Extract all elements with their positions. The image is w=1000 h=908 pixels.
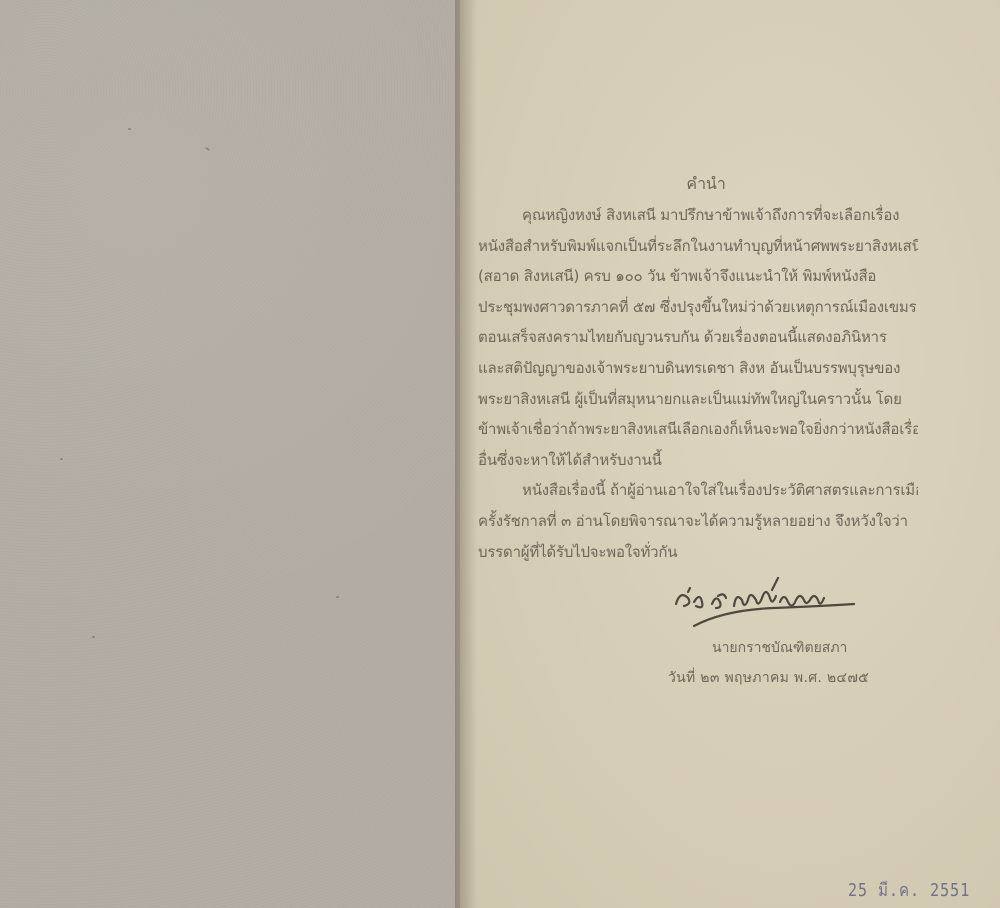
text-line: พระยาสิงหเสนี ผู้เป็นที่สมุหนายกและเป็นแ…: [478, 384, 918, 415]
text-line: ประชุมพงศาวดารภาคที่ ๕๗ ซึ่งปรุงขึ้นใหม่…: [478, 292, 918, 323]
signatory-position: นายกราชบัณฑิตยสภา: [712, 637, 847, 659]
book-gutter: [455, 0, 477, 908]
text-line: หนังสือสำหรับพิมพ์แจกเป็นที่ระลึกในงานทำ…: [478, 231, 918, 262]
date-stamp: 25 มี.ค. 2551: [848, 876, 970, 905]
page-title: คำนำ: [478, 168, 918, 200]
handwritten-signature: [668, 572, 868, 632]
text-line: คุณหญิงหงษ์ สิงหเสนี มาปรึกษาข้าพเจ้าถึง…: [478, 200, 918, 231]
text-line: (สอาด สิงหเสนี) ครบ ๑๐๐ วัน ข้าพเจ้าจึงแ…: [478, 261, 918, 292]
paper-speck: [336, 596, 339, 598]
preface-date: วันที่ ๒๓ พฤษภาคม พ.ศ. ๒๔๗๕: [668, 667, 869, 689]
text-line: หนังสือเรื่องนี้ ถ้าผู้อ่านเอาใจใส่ในเรื…: [478, 475, 918, 506]
text-line: อื่นซึ่งจะหาให้ได้สำหรับงานนี้: [478, 445, 918, 476]
preface-text: คำนำ คุณหญิงหงษ์ สิงหเสนี มาปรึกษาข้าพเจ…: [478, 168, 918, 567]
paragraph-2: หนังสือเรื่องนี้ ถ้าผู้อ่านเอาใจใส่ในเรื…: [478, 475, 918, 567]
paragraph-1: คุณหญิงหงษ์ สิงหเสนี มาปรึกษาข้าพเจ้าถึง…: [478, 200, 918, 475]
text-line: และสติปัญญาของเจ้าพระยาบดินทรเดชา สิงห อ…: [478, 353, 918, 384]
paper-speck: [128, 128, 131, 130]
text-line: ตอนเสร็จสงครามไทยกับญวนรบกัน ด้วยเรื่องต…: [478, 322, 918, 353]
paper-speck: [205, 147, 210, 151]
paper-speck: [92, 636, 95, 638]
text-line: บรรดาผู้ที่ได้รับไปจะพอใจทั่วกัน: [478, 537, 918, 568]
paper-speck: [60, 458, 63, 460]
left-page-blank: [0, 0, 460, 908]
text-line: ข้าพเจ้าเชื่อว่าถ้าพระยาสิงหเสนีเลือกเอง…: [478, 414, 918, 445]
text-line: ครั้งรัชกาลที่ ๓ อ่านโดยพิจารณาจะได้ความ…: [478, 506, 918, 537]
